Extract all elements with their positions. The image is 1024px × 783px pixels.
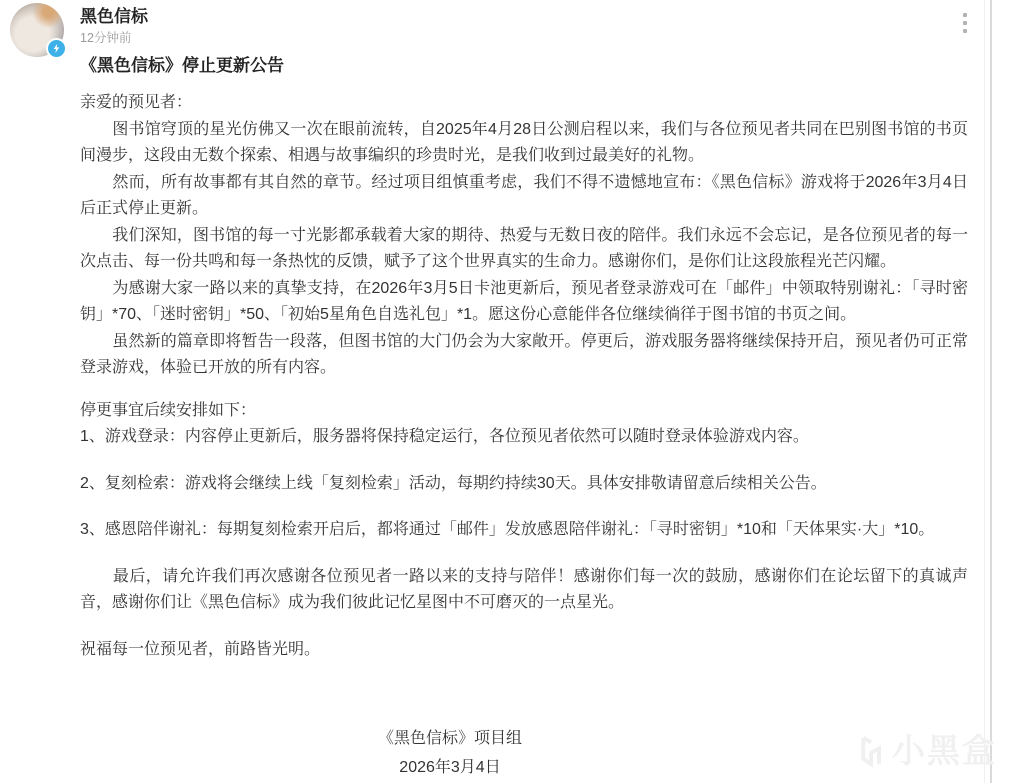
post-paragraph: 图书馆穹顶的星光仿佛又一次在眼前流转，自2025年4月28日公测启程以来，我们与…	[80, 117, 968, 170]
content-right-faint-line	[984, 0, 985, 783]
heybox-watermark-text: 小黑盒	[892, 733, 997, 769]
post-paragraph: 我们深知，图书馆的每一寸光影都承载着大家的期待、热爱与无数日夜的陪伴。我们永远不…	[80, 223, 968, 276]
avatar[interactable]	[10, 3, 64, 57]
signature-team: 《黑色信标》项目组	[80, 724, 820, 753]
heybox-logo-icon	[858, 733, 886, 769]
post-timestamp: 12分钟前	[80, 31, 131, 46]
post-paragraph: 虽然新的篇章即将暂告一段落，但图书馆的大门仍会为大家敞开。停更后，游戏服务器将继…	[80, 329, 968, 382]
post-paragraph: 祝福每一位预见者，前路皆光明。	[80, 637, 968, 664]
author-name[interactable]: 黑色信标	[80, 6, 148, 28]
post-body: 亲爱的预见者： 图书馆穹顶的星光仿佛又一次在眼前流转，自2025年4月28日公测…	[80, 90, 968, 663]
heybox-watermark: 小黑盒	[858, 733, 997, 769]
signature-date: 2026年3月4日	[80, 753, 820, 782]
post-paragraph: 为感谢大家一路以来的真挚支持，在2026年3月5日卡池更新后，预见者登录游戏可在…	[80, 276, 968, 329]
kebab-menu-icon[interactable]	[956, 8, 974, 38]
signature-block: 《黑色信标》项目组 2026年3月4日	[80, 724, 820, 782]
post-paragraph: 然而，所有故事都有其自然的章节。经过项目组慎重考虑，我们不得不遗憾地宣布：《黑色…	[80, 170, 968, 223]
post-page: 黑色信标 12分钟前 《黑色信标》停止更新公告 亲爱的预见者： 图书馆穹顶的星光…	[0, 0, 1024, 783]
post-paragraph: 2、复刻检索：游戏将会继续上线「复刻检索」活动，每期约持续30天。具体安排敬请留…	[80, 471, 968, 498]
lightning-badge-icon	[46, 38, 67, 59]
post-paragraph: 亲爱的预见者：	[80, 90, 968, 117]
post-paragraph: 1、游戏登录：内容停止更新后，服务器将保持稳定运行，各位预见者依然可以随时登录体…	[80, 424, 968, 451]
content-right-border	[990, 0, 992, 783]
post-title: 《黑色信标》停止更新公告	[80, 55, 284, 77]
post-paragraph: 最后，请允许我们再次感谢各位预见者一路以来的支持与陪伴！感谢你们每一次的鼓励，感…	[80, 564, 968, 617]
post-paragraph: 停更事宜后续安排如下：	[80, 398, 968, 425]
post-paragraph: 3、感恩陪伴谢礼：每期复刻检索开启后，都将通过「邮件」发放感恩陪伴谢礼：「寻时密…	[80, 517, 968, 544]
